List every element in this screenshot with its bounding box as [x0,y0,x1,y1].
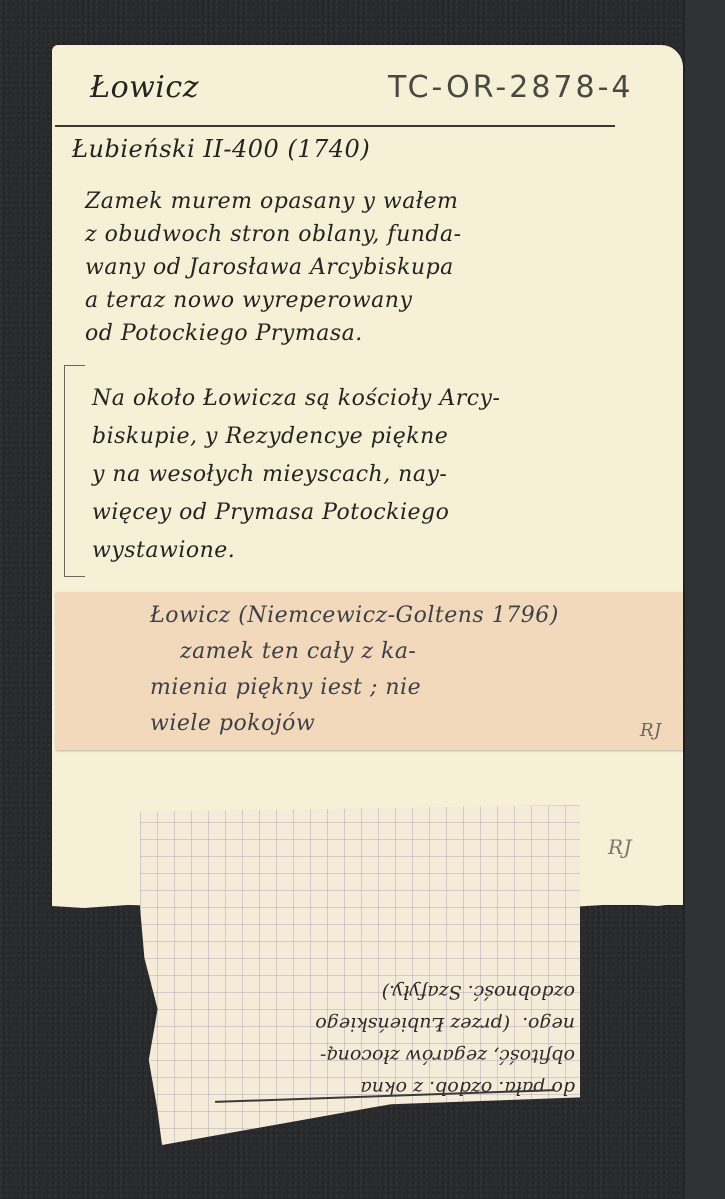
card-title: Łowicz [90,70,199,105]
title-underline [55,125,615,127]
album-spine [684,0,725,1199]
margin-bracket [64,365,85,577]
reference-code: TC-OR-2878-4 [388,70,634,105]
grid-note-text-upside-down: do pała. ozdob. z okna obfitość, zegarów… [185,976,575,1104]
source-citation: Łubieński II-400 (1740) [72,135,370,163]
paragraph-2: Na około Łowicza są kościoły Arcy- bisku… [92,380,500,570]
pink-note-initials: RJ [640,720,662,741]
card-initials: RJ [608,835,632,859]
pink-note-text: Łowicz (Niemcewicz-Goltens 1796) zamek t… [150,598,559,742]
paragraph-1: Zamek murem opasany y wałem z obudwoch s… [85,185,462,350]
